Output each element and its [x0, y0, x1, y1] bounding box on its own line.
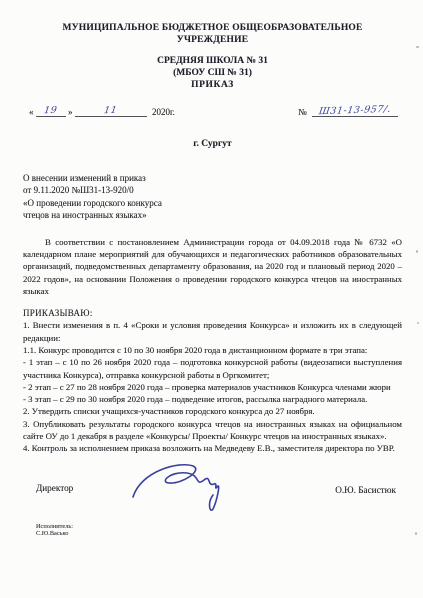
order-item-3: 3. Опубликовать результаты городского ко… — [23, 418, 402, 443]
month-underline: 11 — [75, 105, 147, 117]
preamble-paragraph: В соответствии с постановлением Админист… — [23, 236, 402, 297]
order-item-4: 4. Контроль за исполнением приказа возло… — [23, 442, 402, 454]
order-item-1-1: 1.1. Конкурс проводится с 10 по 30 ноябр… — [23, 344, 402, 356]
executor-block: Исполнитель: С.Ю.Васько — [23, 523, 402, 539]
date-field: « 19 » 11 2020г. — [29, 105, 175, 117]
day-underline: 19 — [36, 105, 66, 117]
signature-row: Директор О.Ю. Басистюк — [23, 471, 402, 513]
city-line: г. Сургут — [23, 139, 402, 149]
subject-line: чтецов на иностранных языках» — [23, 209, 402, 221]
scan-artifact — [415, 532, 417, 535]
handwritten-month: 11 — [103, 106, 118, 116]
organization-name: МУНИЦИПАЛЬНОЕ БЮДЖЕТНОЕ ОБЩЕОБРАЗОВАТЕЛЬ… — [62, 22, 364, 46]
scan-artifact — [416, 250, 418, 253]
signature-name: О.Ю. Басистюк — [335, 471, 396, 495]
close-quote: » — [68, 107, 73, 117]
number-field: № Ш31-13-957/. — [298, 105, 398, 117]
order-stage-1: - 1 этап – с 10 по 26 ноября 2020 года –… — [23, 356, 402, 381]
executor-name: С.Ю.Васько — [36, 530, 402, 538]
signature-ink — [127, 457, 241, 513]
scan-artifact — [417, 322, 419, 324]
executor-label: Исполнитель: — [36, 523, 402, 531]
subject-block: О внесении изменений в приказ от 9.11.20… — [23, 172, 402, 222]
number-sign: № — [298, 107, 307, 117]
date-number-line: « 19 » 11 2020г. № Ш31-13-957/. — [23, 105, 402, 117]
order-stage-2: - 2 этап – с 27 по 28 ноября 2020 года –… — [23, 381, 402, 393]
number-underline: Ш31-13-957/. — [312, 105, 398, 117]
document-type-title: ПРИКАЗ — [23, 79, 402, 91]
subject-line: от 9.11.2020 №Ш31-13-920/0 — [23, 184, 402, 196]
handwritten-number: Ш31-13-957/. — [318, 105, 392, 117]
order-word: ПРИКАЗЫВАЮ: — [23, 307, 402, 319]
subject-line: О внесении изменений в приказ — [23, 172, 402, 184]
signature-position: Директор — [36, 471, 73, 493]
school-abbreviation: (МБОУ СШ № 31) — [23, 67, 402, 79]
open-quote: « — [29, 107, 34, 117]
scan-artifact — [416, 46, 419, 48]
order-item-1: 1. Внести изменения в п. 4 «Сроки и усло… — [23, 319, 402, 344]
scanned-order-document: МУНИЦИПАЛЬНОЕ БЮДЖЕТНОЕ ОБЩЕОБРАЗОВАТЕЛЬ… — [0, 0, 423, 598]
year-label: 2020г. — [152, 107, 175, 117]
subject-line: «О проведении городского конкурса — [23, 197, 402, 209]
order-stage-3: - 3 этап – с 29 по 30 ноября 2020 года –… — [23, 393, 402, 405]
handwritten-day: 19 — [43, 106, 58, 116]
signature-icon — [127, 457, 241, 511]
order-item-2: 2. Утвердить списки учащихся-участников … — [23, 405, 402, 417]
school-name: СРЕДНЯЯ ШКОЛА № 31 — [23, 55, 402, 67]
